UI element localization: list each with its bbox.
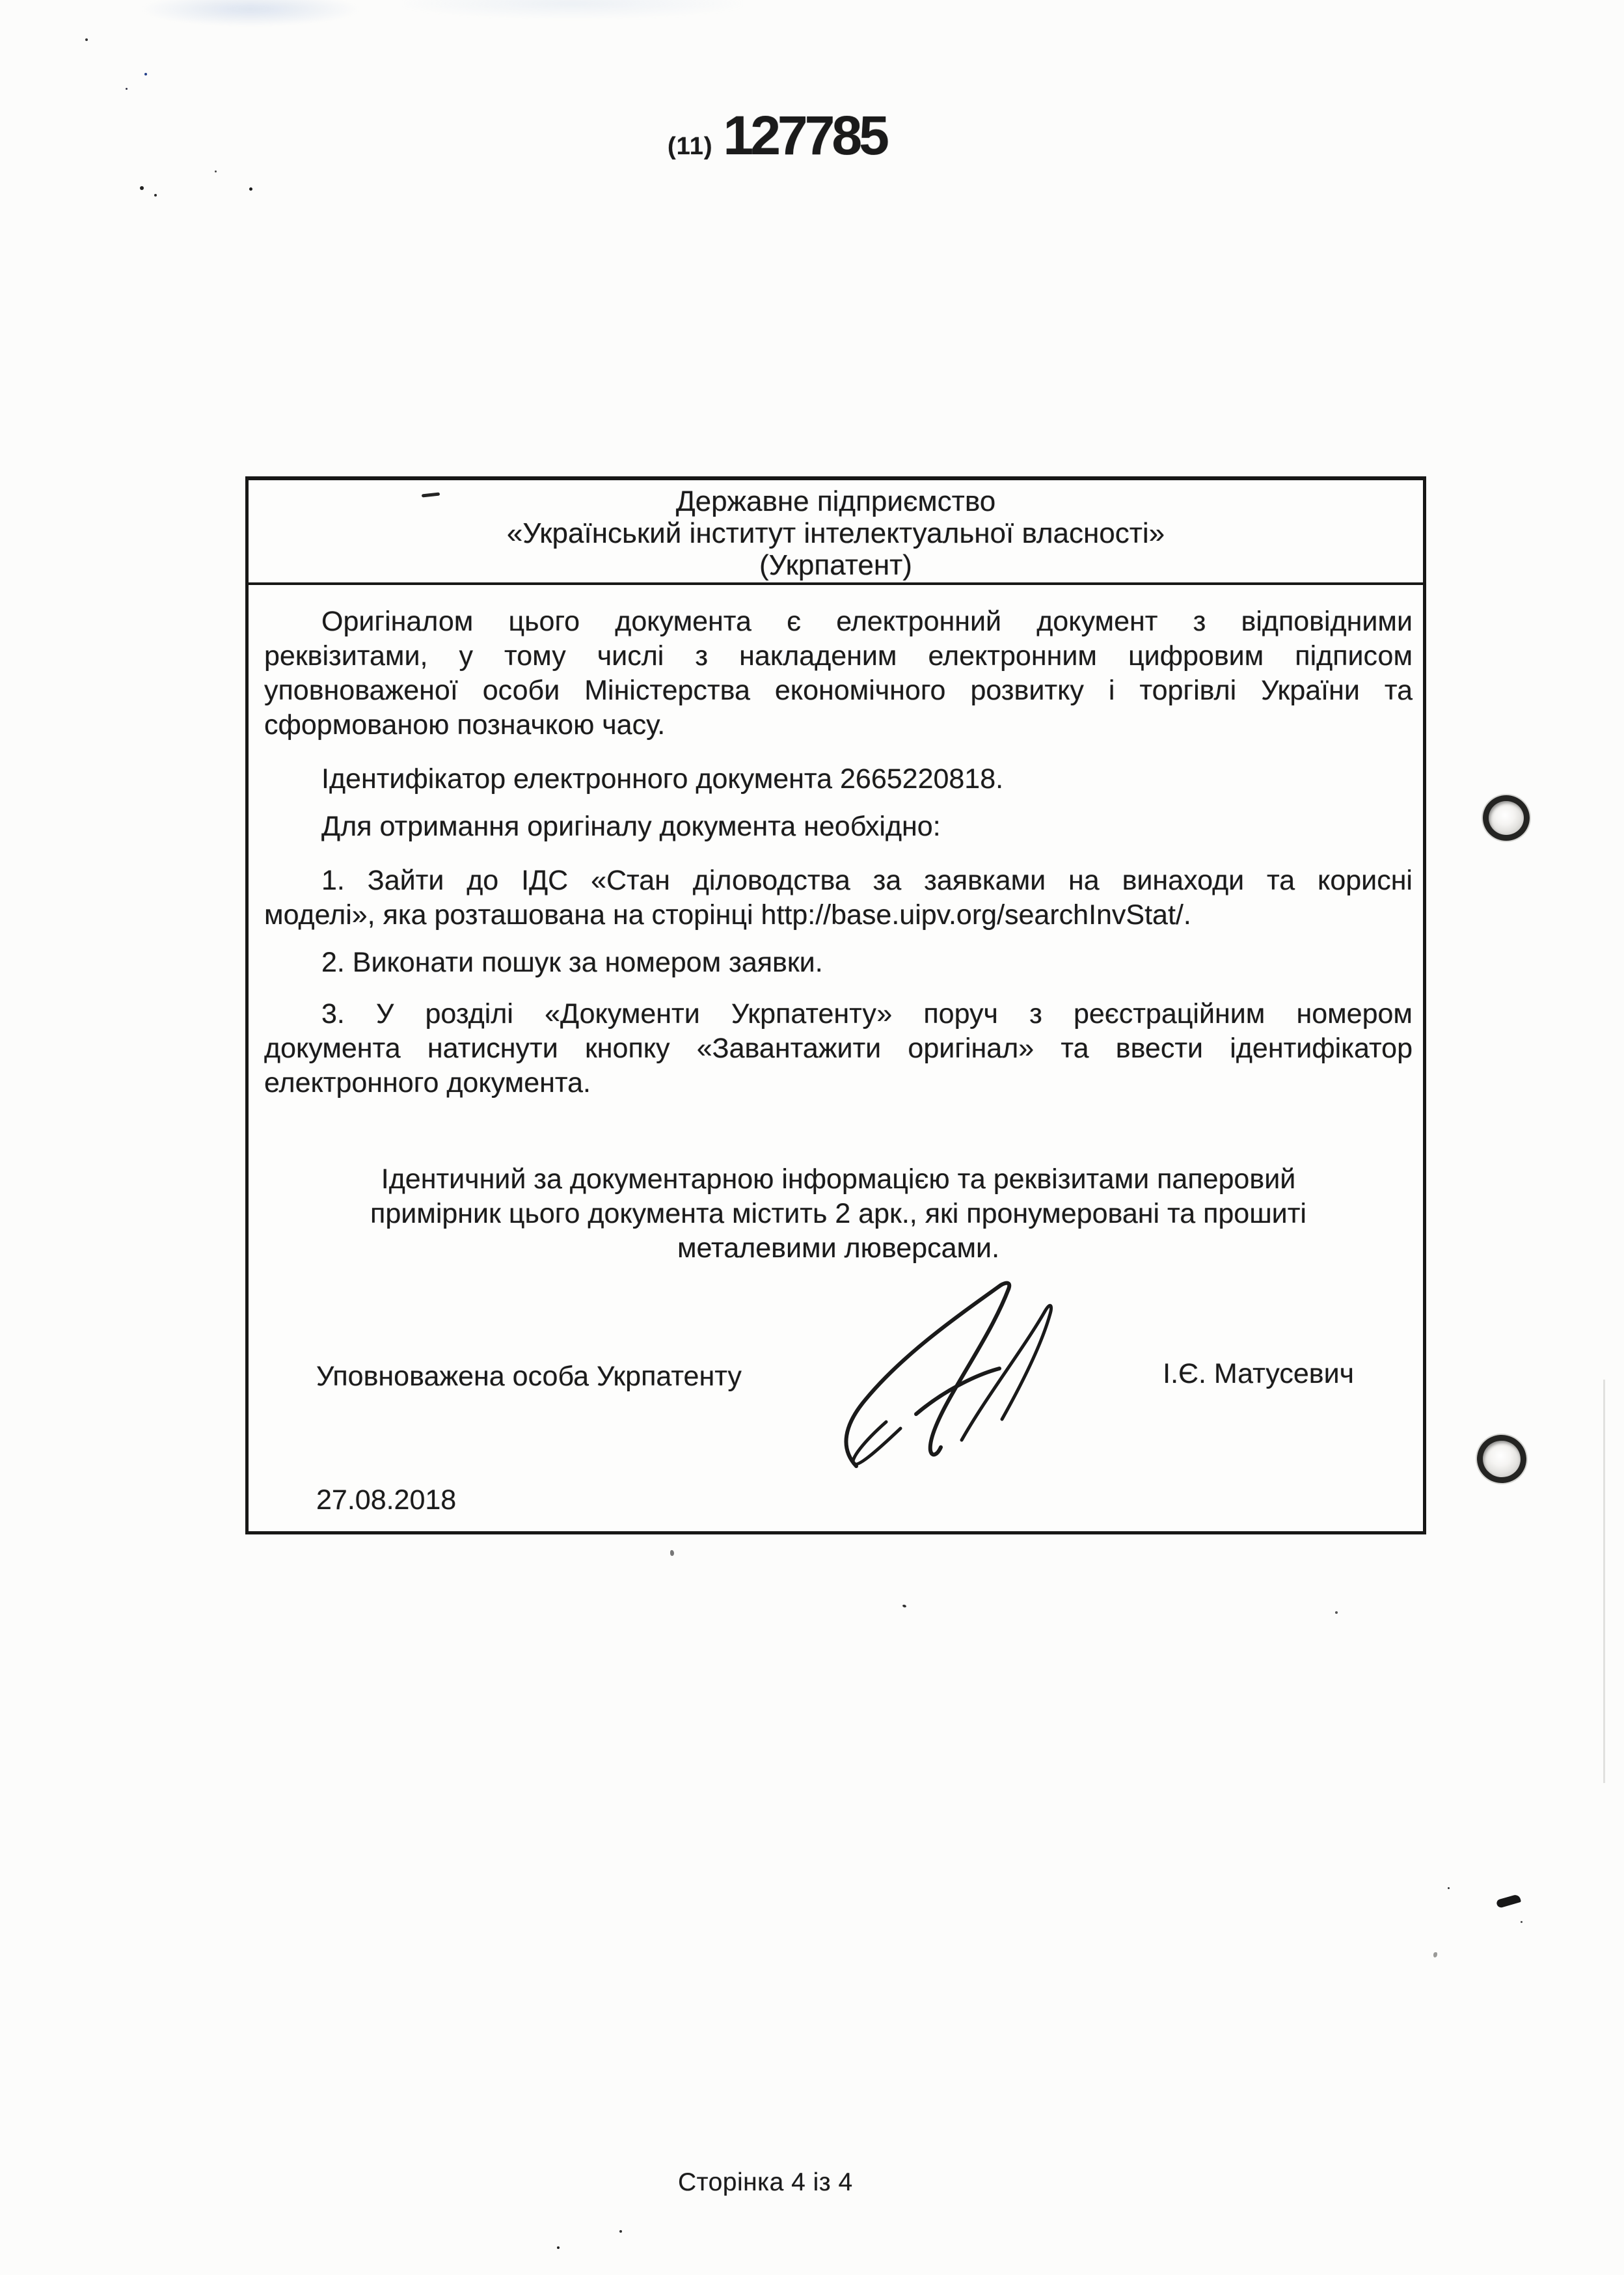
text-line: уповноваженої особи Міністерства економі…: [264, 674, 1413, 708]
metal-grommet-top-icon: [1483, 795, 1530, 841]
text-line: (Укрпатент): [255, 549, 1416, 581]
text-line: металевими люверсами.: [342, 1231, 1334, 1266]
signature-stroke: [962, 1305, 1051, 1440]
text-line: Державне підприємство: [255, 485, 1416, 517]
signature-scribble: [837, 1276, 1084, 1471]
text-line: 1. Зайти до ІДС «Стан діловодства за зая…: [264, 864, 1413, 898]
text-line: електронного документа.: [264, 1066, 1413, 1100]
text-line: моделі», яка розташована на сторінці htt…: [264, 898, 1413, 933]
text-line: «Український інститут інтелектуальної вл…: [255, 517, 1416, 549]
patent-number: 127785: [723, 104, 886, 167]
scan-speck: [1448, 1887, 1450, 1889]
text-line: документа натиснути кнопку «Завантажити …: [264, 1031, 1413, 1066]
scan-speck: [154, 194, 157, 197]
scan-speck: [85, 38, 88, 41]
text-line: Оригіналом цього документа є електронний…: [264, 605, 1413, 639]
document-body: Оригіналом цього документа є електронний…: [249, 605, 1423, 1518]
scan-speck: [619, 2230, 622, 2233]
scan-speck: [126, 88, 128, 90]
step-2: 2. Виконати пошук за номером заявки.: [264, 946, 1413, 980]
text-line: реквізитами, у тому числі з накладеним е…: [264, 639, 1413, 674]
scan-speck: [215, 170, 217, 172]
scan-speck: [144, 73, 147, 75]
scan-speck: [249, 187, 252, 191]
signature-stroke: [853, 1422, 900, 1464]
signer-role-label: Уповноважена особа Укрпатенту: [316, 1359, 742, 1394]
document-box: Державне підприємство«Український інстит…: [245, 476, 1426, 1534]
instructions-heading: Для отримання оригіналу документа необхі…: [264, 810, 1413, 844]
text-line: примірник цього документа містить 2 арк.…: [342, 1197, 1334, 1231]
text-line: Ідентичний за документарною інформацією …: [342, 1162, 1334, 1197]
step-3: 3. У розділі «Документи Укрпатенту» пору…: [264, 997, 1413, 1100]
scan-speck: [1521, 1921, 1522, 1923]
patent-number-block: (11) 127785: [668, 104, 886, 167]
scan-speck: [902, 1604, 906, 1608]
issue-date: 27.08.2018: [316, 1483, 1413, 1518]
signature-stroke: [916, 1369, 999, 1414]
identifier-line: Ідентифікатор електронного документа 266…: [264, 762, 1413, 797]
signature-row: Уповноважена особа Укрпатенту І.Є. Матус…: [264, 1341, 1413, 1478]
patent-number-prefix: (11): [668, 133, 712, 161]
scan-speck: [1433, 1952, 1437, 1957]
scan-ink-mark: [1496, 1894, 1521, 1909]
metal-grommet-bottom-icon: [1474, 1432, 1530, 1486]
step-1: 1. Зайти до ІДС «Стан діловодства за зая…: [264, 864, 1413, 933]
scan-smudge: [403, 0, 742, 18]
page-footer: Сторінка 4 із 4: [678, 2168, 853, 2197]
scan-edge-line: [1603, 1380, 1605, 1783]
signer-name: І.Є. Матусевич: [1163, 1357, 1354, 1391]
paper-copy-paragraph: Ідентичний за документарною інформацією …: [264, 1162, 1413, 1266]
scan-speck: [140, 186, 144, 190]
scan-smudge: [143, 0, 358, 26]
scanned-document-page: (11) 127785 Державне підприємство«Україн…: [0, 0, 1624, 2275]
scan-speck: [670, 1550, 674, 1556]
scan-speck: [557, 2246, 560, 2249]
text-line: сформованою позначкою часу.: [264, 708, 1413, 742]
scan-speck: [1335, 1611, 1338, 1614]
intro-paragraph: Оригіналом цього документа є електронний…: [264, 605, 1413, 742]
text-line: 3. У розділі «Документи Укрпатенту» пору…: [264, 997, 1413, 1031]
